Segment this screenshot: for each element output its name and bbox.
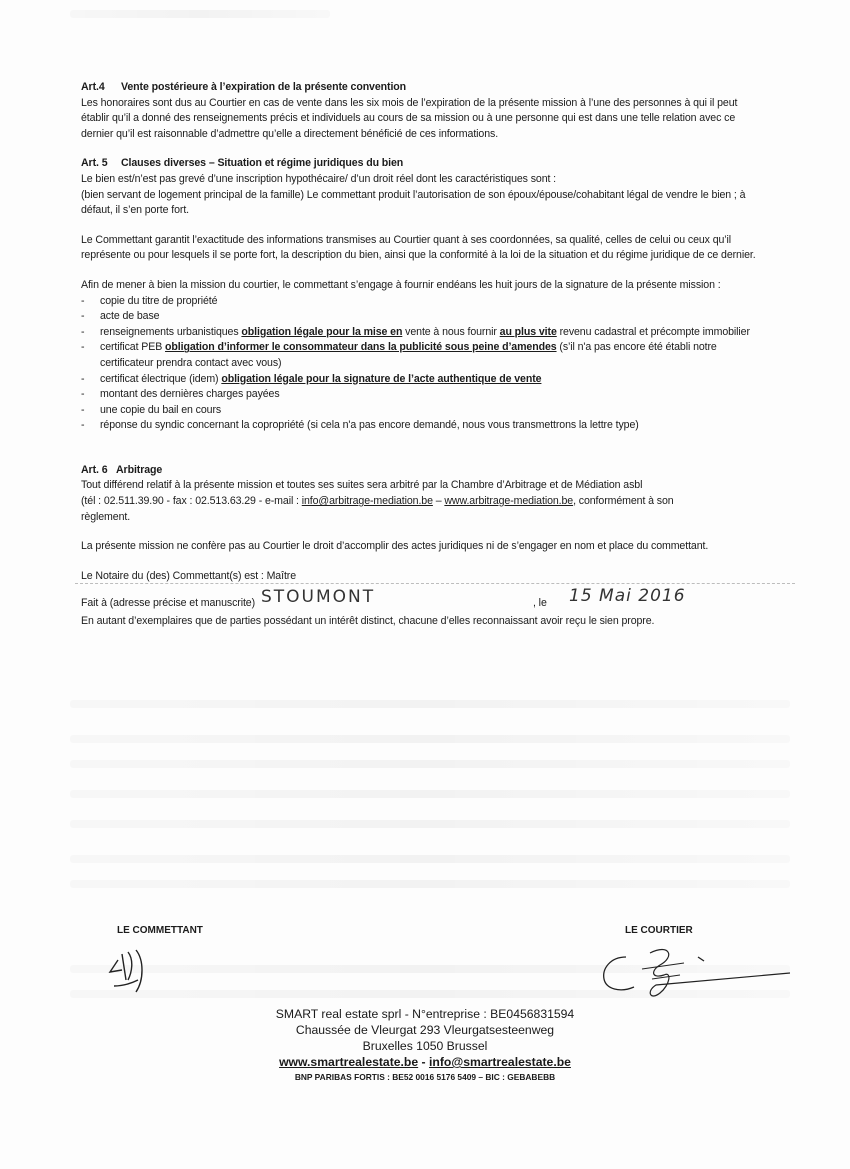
family-housing-clause: (bien servant de logement principal de l…	[81, 188, 761, 219]
list-item-text: renseignements urbanistiques	[100, 326, 241, 338]
company-city: Bruxelles 1050 Brussel	[0, 1038, 850, 1054]
document-page: Art.4Vente postérieure à l’expiration de…	[0, 0, 850, 1169]
company-email-link[interactable]: info@smartrealestate.be	[429, 1055, 571, 1069]
legal-obligation-note: obligation légale pour la mise en	[241, 326, 402, 338]
list-item-text: copie du titre de propriété	[100, 295, 217, 307]
divider	[75, 583, 795, 584]
company-links: www.smartrealestate.be - info@smartreale…	[0, 1054, 850, 1070]
signing-place-date: Fait à (adresse précise et manuscrite) S…	[81, 596, 761, 630]
required-documents-list: copie du titre de propriété acte de base…	[81, 294, 761, 434]
article-number: Art. 6	[81, 463, 116, 479]
separator: –	[433, 495, 444, 507]
bleed-through	[70, 735, 790, 743]
arbitration-contact: (tél : 02.511.39.90 - fax : 02.513.63.29…	[81, 494, 761, 510]
list-item-text: certificat PEB	[100, 341, 165, 353]
mission-note: La présente mission ne confère pas au Co…	[81, 539, 761, 555]
article-6: Art. 6Arbitrage Tout différend relatif à…	[81, 463, 761, 525]
article-title: Arbitrage	[116, 464, 162, 476]
list-item: certificat électrique (idem) obligation …	[81, 372, 761, 388]
list-item: acte de base	[81, 309, 761, 325]
list-item-text: certificat électrique (idem)	[100, 373, 221, 385]
article-4-heading: Art.4Vente postérieure à l’expiration de…	[81, 80, 761, 96]
article-5: Art. 5Clauses diverses – Situation et ré…	[81, 156, 761, 434]
list-item-text: vente à nous fournir	[402, 326, 499, 338]
company-website-link[interactable]: www.smartrealestate.be	[279, 1055, 418, 1069]
list-item: renseignements urbanistiques obligation …	[81, 325, 761, 341]
bleed-through	[70, 700, 790, 708]
article-title: Vente postérieure à l’expiration de la p…	[121, 81, 406, 93]
client-signature-icon	[100, 940, 180, 1005]
urgency-note: au plus vite	[500, 326, 557, 338]
bleed-through	[70, 790, 790, 798]
broker-signature-icon	[580, 935, 800, 1010]
article-title: Clauses diverses – Situation et régime j…	[121, 157, 403, 169]
bleed-through	[70, 10, 330, 18]
list-item-text: une copie du bail en cours	[100, 404, 221, 416]
separator: -	[418, 1055, 429, 1069]
bleed-through	[70, 880, 790, 888]
company-registration: SMART real estate sprl - N°entreprise : …	[0, 1006, 850, 1022]
bleed-through	[70, 855, 790, 863]
signature-label-client: LE COMMETTANT	[117, 925, 203, 936]
contract-body: Art.4Vente postérieure à l’expiration de…	[81, 80, 761, 584]
legal-obligation-note: obligation d’informer le consommateur da…	[165, 341, 557, 353]
list-item: une copie du bail en cours	[81, 403, 761, 419]
documents-intro: Afin de mener à bien la mission du court…	[81, 278, 761, 294]
article-4-text: Les honoraires sont dus au Courtier en c…	[81, 96, 761, 143]
handwritten-date: 15 Mai 2016	[569, 589, 686, 605]
handwritten-place: STOUMONT	[261, 590, 375, 606]
article-number: Art. 5	[81, 156, 121, 172]
mortgage-clause: Le bien est/n’est pas grevé d’une inscri…	[81, 172, 761, 188]
article-6-heading: Art. 6Arbitrage	[81, 463, 761, 479]
contact-suffix: , conformément à son	[573, 495, 673, 507]
arbitration-website-link[interactable]: www.arbitrage-mediation.be	[444, 495, 573, 507]
contact-phone-fax: (tél : 02.511.39.90 - fax : 02.513.63.29…	[81, 495, 302, 507]
company-street: Chaussée de Vleurgat 293 Vleurgatsesteen…	[0, 1022, 850, 1038]
list-item-text: montant des dernières charges payées	[100, 388, 280, 400]
list-item-text: acte de base	[100, 310, 159, 322]
company-footer: SMART real estate sprl - N°entreprise : …	[0, 1006, 850, 1084]
bank-details: BNP PARIBAS FORTIS : BE52 0016 5176 5409…	[0, 1070, 850, 1084]
article-4: Art.4Vente postérieure à l’expiration de…	[81, 80, 761, 142]
list-item: réponse du syndic concernant la copropri…	[81, 418, 761, 434]
list-item: montant des dernières charges payées	[81, 387, 761, 403]
bleed-through	[70, 820, 790, 828]
arbitration-clause: Tout différend relatif à la présente mis…	[81, 478, 761, 494]
list-item: certificat PEB obligation d’informer le …	[81, 340, 761, 371]
copies-clause: En autant d’exemplaires que de parties p…	[81, 614, 761, 630]
legal-obligation-note: obligation légale pour la signature de l…	[221, 373, 541, 385]
date-label: , le	[533, 596, 547, 612]
article-5-heading: Art. 5Clauses diverses – Situation et ré…	[81, 156, 761, 172]
place-label: Fait à (adresse précise et manuscrite)	[81, 597, 255, 609]
bleed-through	[70, 760, 790, 768]
list-item-text: revenu cadastral et précompte immobilier	[557, 326, 750, 338]
article-number: Art.4	[81, 80, 121, 96]
list-item: copie du titre de propriété	[81, 294, 761, 310]
arbitration-email-link[interactable]: info@arbitrage-mediation.be	[302, 495, 433, 507]
list-item-text: réponse du syndic concernant la copropri…	[100, 419, 639, 431]
guarantee-clause: Le Commettant garantit l’exactitude des …	[81, 233, 761, 264]
arbitration-rules: règlement.	[81, 510, 761, 526]
